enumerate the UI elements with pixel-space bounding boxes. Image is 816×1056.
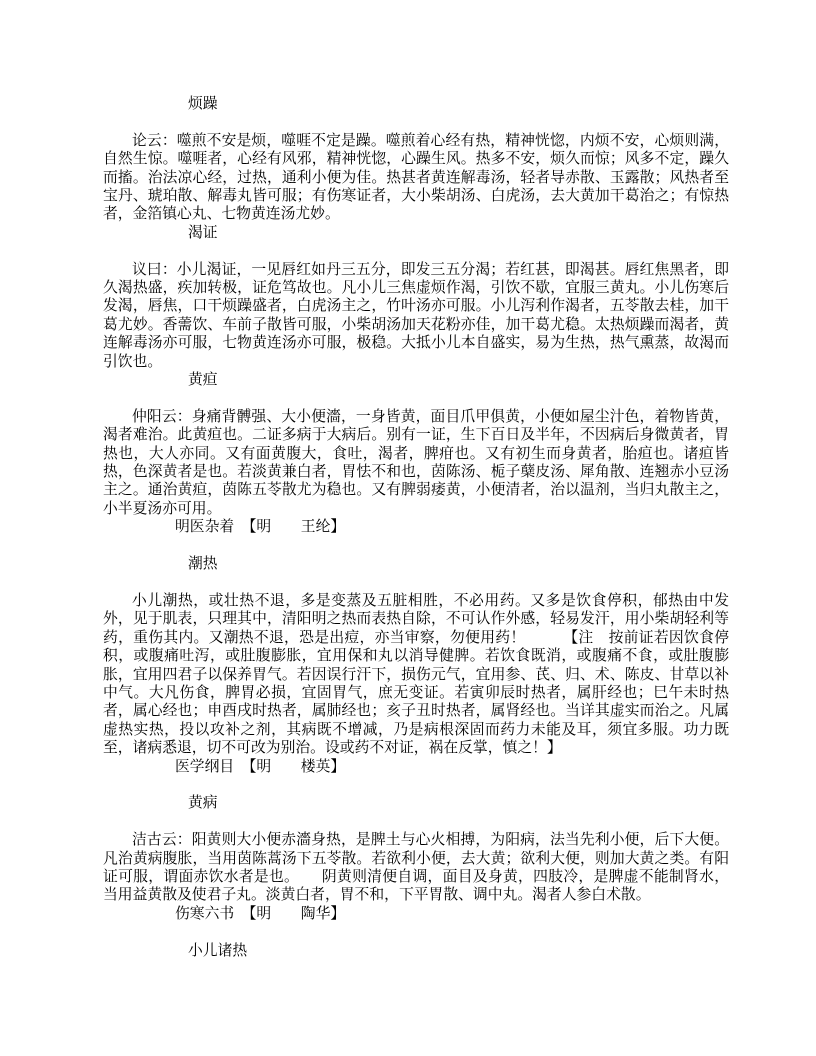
section-heading: 潮热	[103, 555, 729, 573]
body-paragraph: 洁古云：阳黄则大小便赤濇身热，是脾土与心火相搏，为阳病，法当先利小便，后下大便。…	[103, 831, 729, 905]
source-citation: 伤寒六书 【明 陶华】	[103, 905, 729, 923]
section-heading: 黄疸	[103, 371, 729, 389]
body-paragraph: 议曰：小儿渴证，一见唇红如丹三五分，即发三五分渴；若红甚，即渴甚。唇红焦黑者，即…	[103, 261, 729, 371]
section-heading: 烦躁	[103, 95, 729, 113]
source-citation: 医学纲目 【明 楼英】	[103, 758, 729, 776]
body-paragraph: 仲阳云：身痛背髆强、大小便濇，一身皆黄，面目爪甲俱黄，小便如屋尘汁色，着物皆黄，…	[103, 408, 729, 518]
body-paragraph: 小儿潮热，或壮热不退，多是变蒸及五脏相胜，不必用药。又多是饮食停积，郁热由中发外…	[103, 592, 729, 758]
text-content: 烦躁论云：噬煎不安是烦，噬啀不定是躁。噬煎着心经有热，精神恍惚，内烦不安，心烦则…	[103, 95, 729, 978]
source-citation: 明医杂着 【明 王纶】	[103, 518, 729, 536]
section-heading: 黄病	[103, 794, 729, 812]
section-heading: 小儿诸热	[103, 942, 729, 960]
section-heading: 渴证	[103, 224, 729, 242]
body-paragraph: 论云：噬煎不安是烦，噬啀不定是躁。噬煎着心经有热，精神恍惚，内烦不安，心烦则满，…	[103, 132, 729, 224]
document-page: 烦躁论云：噬煎不安是烦，噬啀不定是躁。噬煎着心经有热，精神恍惚，内烦不安，心烦则…	[0, 0, 816, 1056]
